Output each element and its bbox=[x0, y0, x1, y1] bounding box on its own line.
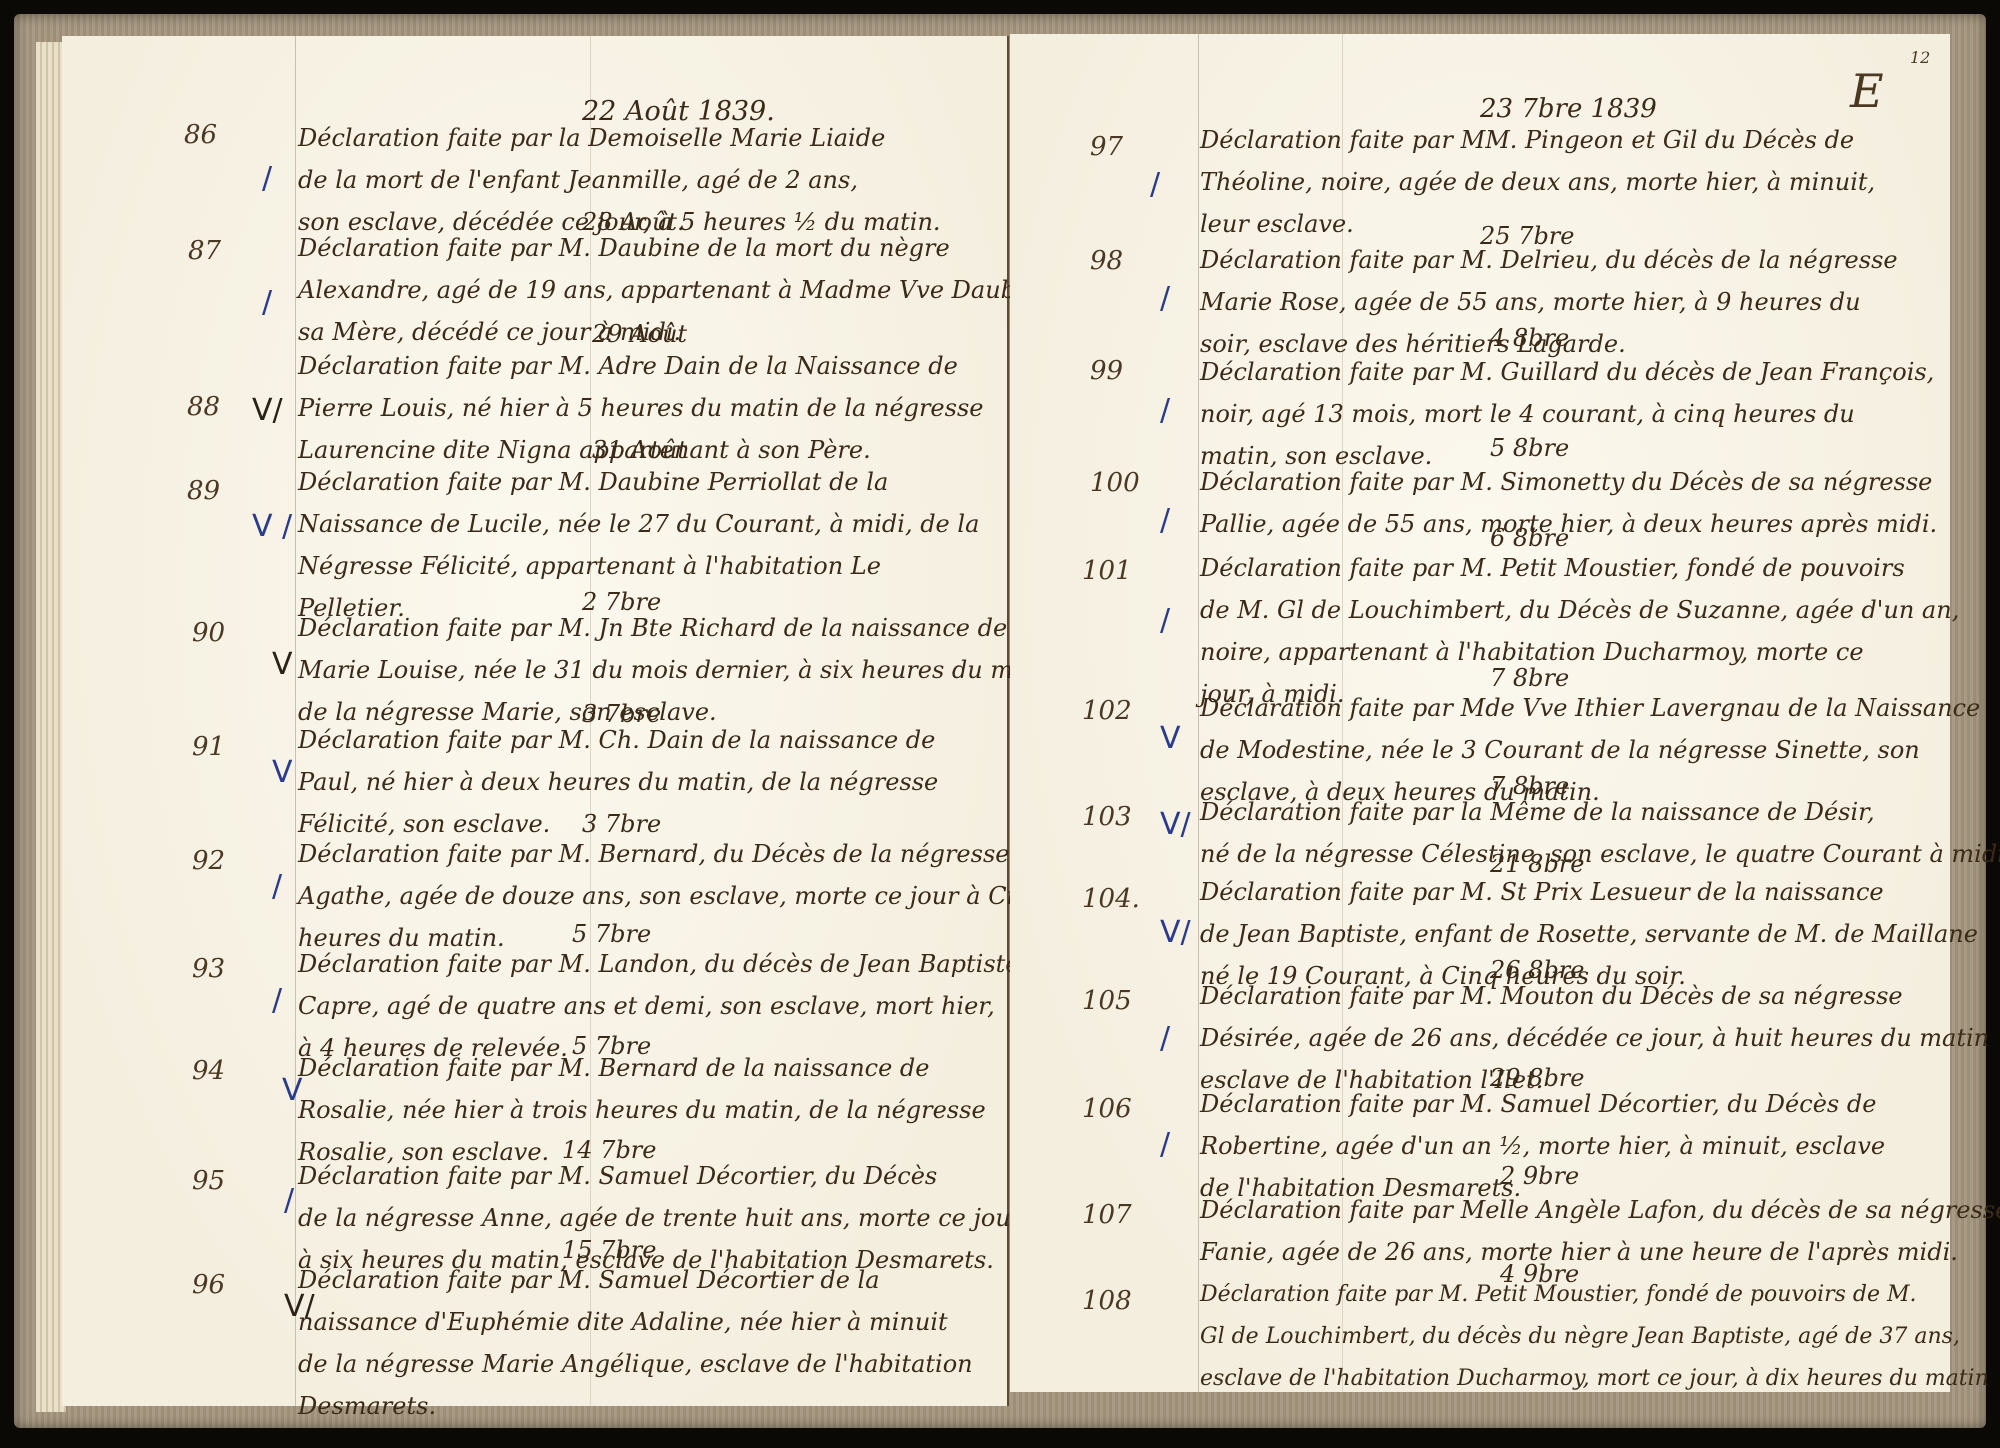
entry-number: 88 bbox=[187, 392, 220, 422]
entry-number: 100 bbox=[1090, 468, 1140, 498]
entry-number: 94 bbox=[192, 1056, 225, 1086]
entry-number: 99 bbox=[1090, 356, 1123, 386]
entry-text: Déclaration faite par la Même de la nais… bbox=[1200, 800, 2000, 884]
entry-number: 96 bbox=[192, 1270, 225, 1300]
left-page: 22 Août 1839. 86 / Déclaration faite par… bbox=[62, 36, 1009, 1406]
entry-date: 23 7bre 1839 bbox=[1480, 94, 1657, 124]
entry-number: 104. bbox=[1082, 884, 1140, 914]
entry-date: 2 7bre bbox=[582, 588, 661, 616]
entry-date: 21 8bre bbox=[1490, 850, 1584, 878]
tick-mark: V/ bbox=[1160, 810, 1191, 840]
tick-mark: / bbox=[1160, 506, 1170, 536]
entry-date: 14 7bre bbox=[562, 1136, 656, 1164]
entry-number: 105 bbox=[1082, 986, 1132, 1016]
entry-date: 5 8bre bbox=[1490, 434, 1569, 462]
entry-number: 87 bbox=[188, 236, 221, 266]
entry-number: 102 bbox=[1082, 696, 1132, 726]
tick-mark: / bbox=[284, 1186, 294, 1216]
margin-rule bbox=[295, 36, 296, 1406]
tick-mark: / bbox=[1160, 284, 1170, 314]
entry-date: 2 9bre bbox=[1500, 1162, 1579, 1190]
entry-date: 6 8bre bbox=[1490, 524, 1569, 552]
tick-mark: / bbox=[1160, 606, 1170, 636]
tick-mark: V / bbox=[252, 512, 292, 542]
tick-mark: / bbox=[1160, 1130, 1170, 1160]
tick-mark: / bbox=[272, 872, 282, 902]
tick-mark: / bbox=[1160, 396, 1170, 426]
entry-number: 93 bbox=[192, 954, 225, 984]
entry-number: 97 bbox=[1090, 132, 1123, 162]
entry-date: 29 8bre bbox=[1490, 1064, 1584, 1092]
entry-date: 29 Août bbox=[592, 320, 687, 348]
entry-date: 5 7bre bbox=[572, 920, 651, 948]
tick-mark: V/ bbox=[252, 396, 283, 426]
entry-date: 3 7bre bbox=[582, 810, 661, 838]
tick-mark: / bbox=[272, 986, 282, 1016]
entry-text: Déclaration faite par M. Petit Moustier,… bbox=[1200, 1284, 1989, 1410]
tick-mark: / bbox=[1150, 170, 1160, 200]
entry-text: Déclaration faite par M. Samuel Décortie… bbox=[298, 1268, 973, 1436]
entry-date: 3 7bre bbox=[582, 700, 661, 728]
entry-number: 89 bbox=[187, 476, 220, 506]
entry-number: 107 bbox=[1082, 1200, 1132, 1230]
tick-mark: / bbox=[262, 288, 272, 318]
entry-number: 90 bbox=[192, 618, 225, 648]
right-page: E 12 23 7bre 1839 97 / Déclaration faite… bbox=[1010, 34, 1950, 1392]
tick-mark: / bbox=[262, 164, 272, 194]
entry-number: 101 bbox=[1082, 556, 1132, 586]
entry-number: 106 bbox=[1082, 1094, 1132, 1124]
corner-mark: E bbox=[1850, 64, 1884, 118]
entry-date: 15 7bre bbox=[562, 1236, 656, 1264]
entry-text: Déclaration faite par M. Delrieu, du déc… bbox=[1200, 248, 1898, 374]
entry-date: 7 8bre bbox=[1490, 772, 1569, 800]
entry-number: 98 bbox=[1090, 246, 1123, 276]
entry-date: 31 Août bbox=[592, 436, 687, 464]
entry-number: 91 bbox=[192, 732, 225, 762]
page-number: 12 bbox=[1910, 48, 1930, 67]
entry-date: 4 8bre bbox=[1490, 324, 1569, 352]
entry-number: 92 bbox=[192, 846, 225, 876]
entry-date: 22 Août 1839. bbox=[582, 96, 775, 127]
entry-date: 26 8bre bbox=[1490, 956, 1584, 984]
entry-text: Déclaration faite par Melle Angèle Lafon… bbox=[1200, 1198, 2000, 1282]
entry-number: 108 bbox=[1082, 1286, 1132, 1316]
tick-mark: V/ bbox=[1160, 918, 1191, 948]
entry-number: 103 bbox=[1082, 802, 1132, 832]
tick-mark: / bbox=[1160, 1024, 1170, 1054]
entry-date: 7 8bre bbox=[1490, 664, 1569, 692]
entry-number: 95 bbox=[192, 1166, 225, 1196]
entry-number: 86 bbox=[184, 120, 217, 150]
tick-mark: V bbox=[272, 650, 293, 680]
margin-rule bbox=[1198, 34, 1199, 1392]
entry-date: 28 Août. bbox=[582, 208, 685, 236]
tick-mark: V bbox=[1160, 724, 1181, 754]
tick-mark: V bbox=[272, 758, 293, 788]
entry-text: Déclaration faite par M. Jn Bte Richard … bbox=[298, 616, 1060, 742]
